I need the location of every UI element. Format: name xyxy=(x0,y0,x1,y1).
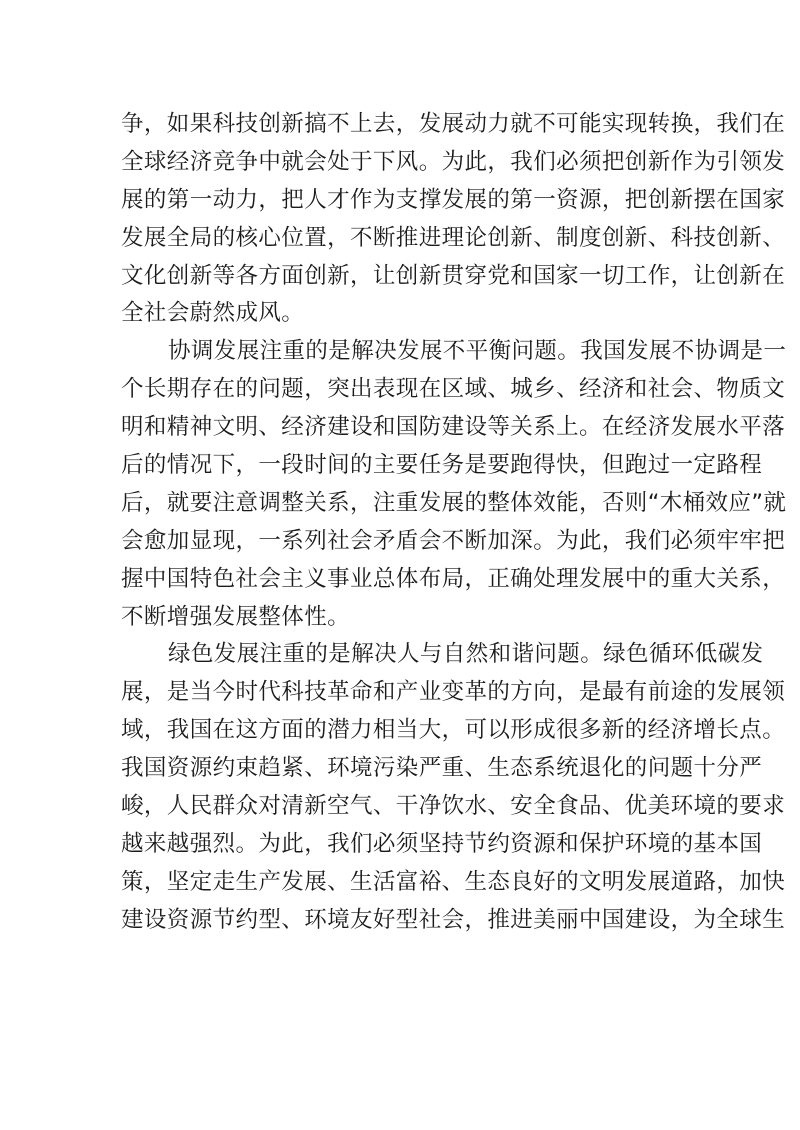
text-line: 不断增强发展整体性。 xyxy=(121,599,666,637)
paragraph-green-development: 绿色发展注重的是解决人与自然和谐问题。绿色循环低碳发 展，是当今时代科技革命和产… xyxy=(121,636,666,939)
text-line: 明和精神文明、经济建设和国防建设等关系上。在经济发展水平落 xyxy=(121,409,666,447)
text-line: 握中国特色社会主义事业总体布局，正确处理发展中的重大关系， xyxy=(121,561,666,599)
text-line: 全球经济竞争中就会处于下风。为此，我们必须把创新作为引领发 xyxy=(121,144,666,182)
text-line: 越来越强烈。为此，我们必须坚持节约资源和保护环境的基本国 xyxy=(121,826,666,864)
text-line: 我国资源约束趋紧、环境污染严重、生态系统退化的问题十分严 xyxy=(121,750,666,788)
text-line: 策，坚定走生产发展、生活富裕、生态良好的文明发展道路，加快 xyxy=(121,864,666,902)
text-line: 展的第一动力，把人才作为支撑发展的第一资源，把创新摆在国家 xyxy=(121,182,666,220)
text-line: 发展全局的核心位置，不断推进理论创新、制度创新、科技创新、 xyxy=(121,220,666,258)
text-line: 绿色发展注重的是解决人与自然和谐问题。绿色循环低碳发 xyxy=(121,636,666,674)
text-line: 建设资源节约型、环境友好型社会，推进美丽中国建设，为全球生 xyxy=(121,902,666,940)
paragraph-coordinated-development: 协调发展注重的是解决发展不平衡问题。我国发展不协调是一 个长期存在的问题，突出表… xyxy=(121,333,666,636)
text-line: 峻，人民群众对清新空气、干净饮水、安全食品、优美环境的要求 xyxy=(121,788,666,826)
text-line: 后的情况下，一段时间的主要任务是要跑得快，但跑过一定路程 xyxy=(121,447,666,485)
document-page: 争，如果科技创新搞不上去，发展动力就不可能实现转换，我们在 全球经济竞争中就会处… xyxy=(0,0,800,1130)
text-line: 展，是当今时代科技革命和产业变革的方向，是最有前途的发展领 xyxy=(121,674,666,712)
document-body: 争，如果科技创新搞不上去，发展动力就不可能实现转换，我们在 全球经济竞争中就会处… xyxy=(121,106,666,940)
text-line: 协调发展注重的是解决发展不平衡问题。我国发展不协调是一 xyxy=(121,333,666,371)
text-line: 会愈加显现，一系列社会矛盾会不断加深。为此，我们必须牢牢把 xyxy=(121,523,666,561)
paragraph-innovation: 争，如果科技创新搞不上去，发展动力就不可能实现转换，我们在 全球经济竞争中就会处… xyxy=(121,106,666,333)
text-line: 文化创新等各方面创新，让创新贯穿党和国家一切工作，让创新在 xyxy=(121,258,666,296)
text-line: 后，就要注意调整关系，注重发展的整体效能，否则“木桶效应”就 xyxy=(121,485,666,523)
text-line: 个长期存在的问题，突出表现在区域、城乡、经济和社会、物质文 xyxy=(121,371,666,409)
text-line: 全社会蔚然成风。 xyxy=(121,295,666,333)
text-line: 域，我国在这方面的潜力相当大，可以形成很多新的经济增长点。 xyxy=(121,712,666,750)
text-line: 争，如果科技创新搞不上去，发展动力就不可能实现转换，我们在 xyxy=(121,106,666,144)
